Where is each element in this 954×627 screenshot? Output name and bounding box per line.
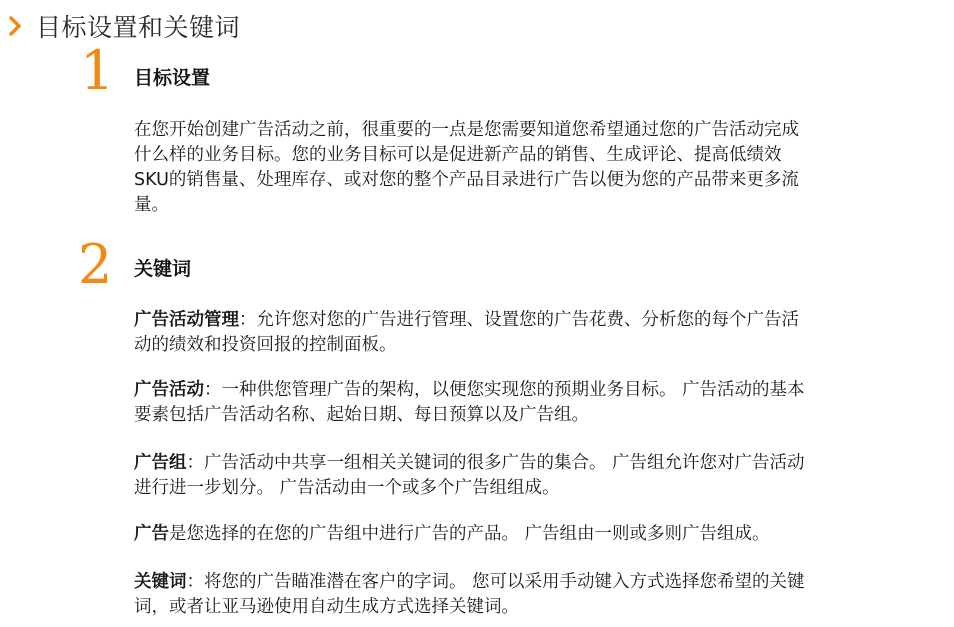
definition-item: 广告活动管理：允许您对您的广告进行管理、设置您的广告花费、分析您的每个广告活 动… (134, 308, 914, 358)
definition-text: 要素包括广告活动名称、起始日期、每日预算以及广告组。 (134, 403, 914, 428)
definition-term: 广告 (134, 524, 169, 544)
definition-item: 广告是您选择的在您的广告组中进行广告的产品。 广告组由一则或多则广告组成。 (134, 522, 914, 547)
definition-term: 广告活动 (134, 380, 204, 400)
definition-term: 关键词 (134, 572, 187, 592)
paragraph-line: 量。 (134, 193, 914, 218)
definition-item: 关键词：将您的广告瞄准潜在客户的字词。 您可以采用手动键入方式选择您希望的关键 … (134, 570, 914, 620)
definition-text: ：将您的广告瞄准潜在客户的字词。 您可以采用手动键入方式选择您希望的关键 (187, 572, 805, 592)
section-paragraph: 在您开始创建广告活动之前，很重要的一点是您需要知道您希望通过您的广告活动完成 什… (134, 118, 914, 218)
definition-item: 广告组：广告活动中共享一组相关关键词的很多广告的集合。 广告组允许您对广告活动 … (134, 451, 914, 501)
section-title: 关键词 (134, 254, 191, 281)
definition-text: ：广告活动中共享一组相关关键词的很多广告的集合。 广告组允许您对广告活动 (187, 453, 805, 473)
definition-text: 词，或者让亚马逊使用自动生成方式选择关键词。 (134, 595, 914, 620)
definition-text: 动的绩效和投资回报的控制面板。 (134, 333, 914, 358)
paragraph-line: 在您开始创建广告活动之前，很重要的一点是您需要知道您希望通过您的广告活动完成 (134, 118, 914, 143)
section-title: 目标设置 (134, 63, 210, 90)
definition-text: ：一种供您管理广告的架构，以便您实现您的预期业务目标。 广告活动的基本 (204, 380, 805, 400)
definition-item: 广告活动：一种供您管理广告的架构，以便您实现您的预期业务目标。 广告活动的基本 … (134, 378, 914, 428)
definition-text: 是您选择的在您的广告组中进行广告的产品。 广告组由一则或多则广告组成。 (169, 524, 770, 544)
page-header: 目标设置和关键词 (8, 8, 240, 44)
page-title: 目标设置和关键词 (36, 8, 240, 44)
definition-text: 进行进一步划分。 广告活动由一个或多个广告组组成。 (134, 476, 914, 501)
definition-term: 广告活动管理 (134, 310, 239, 330)
chevron-right-icon (8, 15, 22, 37)
section-number: 1 (80, 44, 114, 98)
section-number: 2 (78, 238, 112, 292)
paragraph-line: SKU的销售量、处理库存、或对您的整个产品目录进行广告以便为您的产品带来更多流 (134, 168, 914, 193)
definition-term: 广告组 (134, 453, 187, 473)
paragraph-line: 什么样的业务目标。您的业务目标可以是促进新产品的销售、生成评论、提高低绩效 (134, 143, 914, 168)
definition-text: ：允许您对您的广告进行管理、设置您的广告花费、分析您的每个广告活 (239, 310, 799, 330)
